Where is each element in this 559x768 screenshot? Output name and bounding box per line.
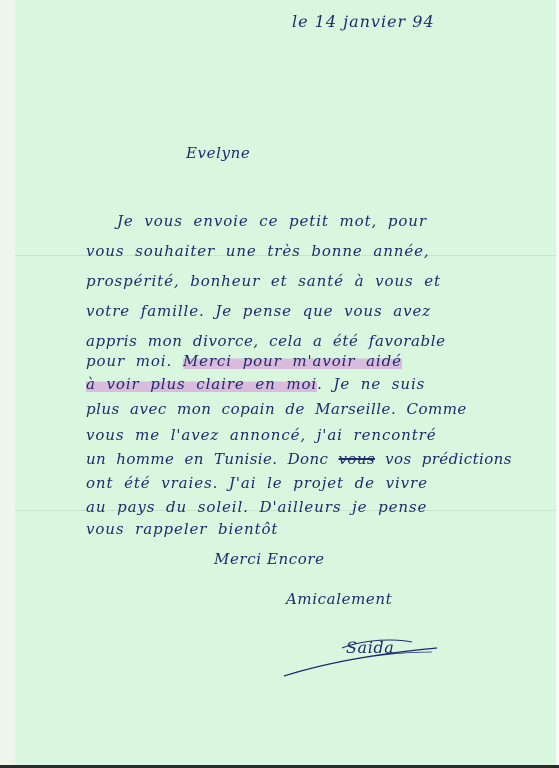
body-line: prospérité, bonheur et santé à vous et <box>86 274 441 289</box>
highlighted-text: Merci pour m'avoir aidé <box>183 352 402 370</box>
body-line: pour moi. Merci pour m'avoir aidé <box>86 354 402 369</box>
body-line: au pays du soleil. D'ailleurs je pense <box>86 500 427 515</box>
body-line: appris mon divorce, cela a été favorable <box>86 334 446 349</box>
crossed-out-word: vous <box>339 450 375 468</box>
body-line: vous me l'avez annoncé, j'ai rencontré <box>86 428 437 443</box>
highlighted-text: à voir plus claire en moi <box>86 375 317 393</box>
body-line: à voir plus claire en moi. Je ne suis <box>86 377 425 392</box>
letter-thanks: Merci Encore <box>214 552 325 567</box>
body-line: ont été vraies. J'ai le projet de vivre <box>86 476 428 491</box>
letter-date: le 14 janvier 94 <box>292 14 435 30</box>
letter-salutation: Evelyne <box>186 146 250 161</box>
body-line: Je vous envoie ce petit mot, pour <box>117 214 427 229</box>
letter-page: le 14 janvier 94 Evelyne Je vous envoie … <box>0 0 559 768</box>
letter-closing: Amicalement <box>286 592 392 607</box>
body-line: un homme en Tunisie. Donc vous vos prédi… <box>86 452 512 467</box>
body-line: votre famille. Je pense que vous avez <box>86 304 431 319</box>
body-text: pour moi. <box>86 352 172 370</box>
body-text: vos prédictions <box>385 450 512 468</box>
body-line: vous souhaiter une très bonne année, <box>86 244 430 259</box>
body-text: un homme en Tunisie. Donc <box>86 450 328 468</box>
body-text: . Je ne suis <box>317 375 425 393</box>
signature-flourish-icon <box>282 630 442 680</box>
paper-left-edge <box>0 0 15 768</box>
body-line: vous rappeler bientôt <box>86 522 278 537</box>
body-line: plus avec mon copain de Marseille. Comme <box>86 402 467 417</box>
